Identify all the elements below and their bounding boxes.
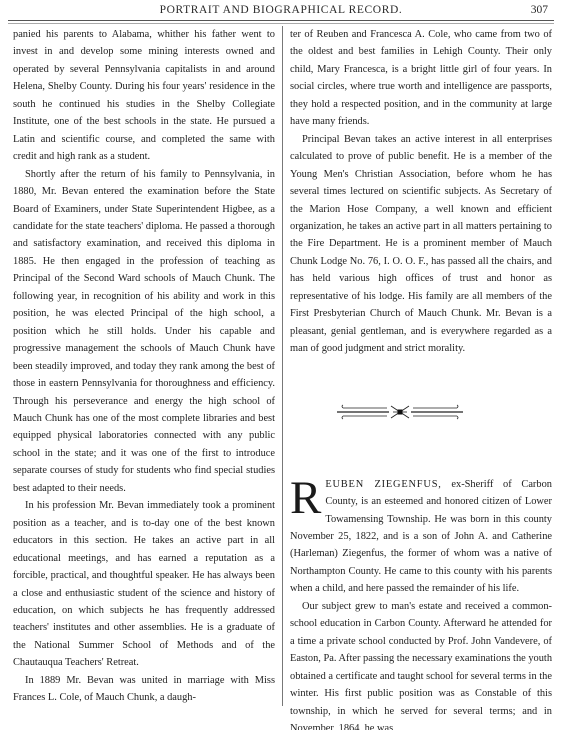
biography-entry-opening: REUBEN ZIEGENFUS, ex-Sheriff of Carbon C… [290,476,552,598]
running-title: PORTRAIT AND BIOGRAPHICAL RECORD. [8,4,554,16]
paragraph: ter of Reuben and Francesca A. Cole, who… [290,26,552,131]
paragraph: Shortly after the return of his family t… [13,166,275,498]
right-column: ter of Reuben and Francesca A. Cole, who… [290,26,552,730]
column-divider [282,26,283,706]
page-header: PORTRAIT AND BIOGRAPHICAL RECORD. 307 [8,0,554,22]
left-column: panied his parents to Alabama, whither h… [13,26,275,707]
paragraph: In his profession Mr. Bevan immediately … [13,497,275,672]
paragraph: panied his parents to Alabama, whither h… [13,26,275,166]
header-rule [8,20,554,24]
drop-cap: R [290,478,321,518]
paragraph: Our subject grew to man's estate and rec… [290,598,552,730]
paragraph-text: ex-Sheriff of Carbon County, is an estee… [290,479,552,595]
page-number: 307 [531,4,548,16]
paragraph: In 1889 Mr. Bevan was united in marriage… [13,672,275,707]
section-ornament-icon [335,402,465,422]
paragraph: Principal Bevan takes an active interest… [290,131,552,358]
subject-name: EUBEN ZIEGENFUS, [325,479,441,490]
